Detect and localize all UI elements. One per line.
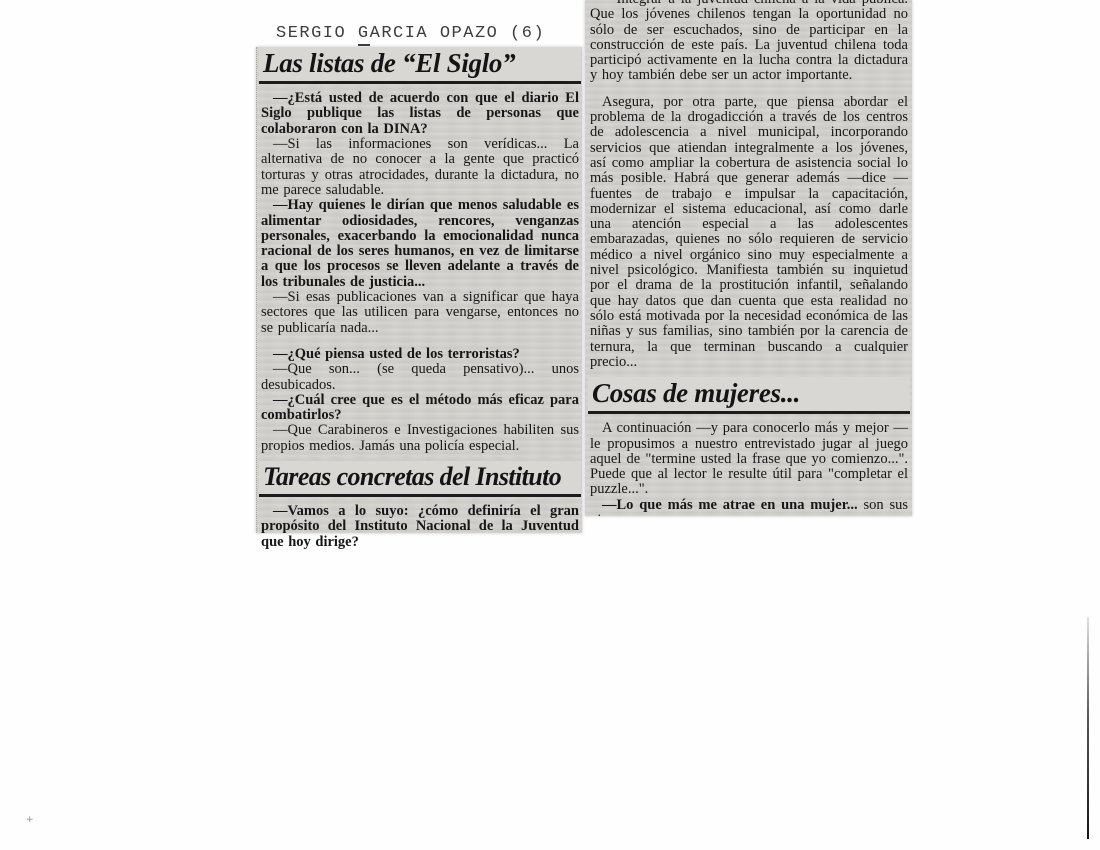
typed-label-part2: ARCIA OPAZO (6): [370, 24, 546, 43]
right-column-section1-paragraphs: —Integrar a la juventud chilena a la vid…: [590, 0, 908, 370]
article-paragraph: —Si esas publicaciones van a significar …: [261, 290, 579, 336]
headline-block-tareas-concretas: Tareas concretas del Instituto: [259, 461, 581, 497]
scan-artifact-vertical-line: [1087, 617, 1089, 839]
article-paragraph: —¿Qué piensa usted de los terroristas?: [261, 347, 579, 362]
scan-artifact-corner-mark: +: [26, 815, 34, 825]
headline-las-listas-de-el-siglo: Las listas de “El Siglo”: [263, 49, 579, 78]
typed-archive-label: SERGIO GARCIA OPAZO (6): [276, 24, 545, 43]
article-paragraph: A continuación —y para conocerlo más y m…: [590, 421, 908, 497]
left-column-section1-paragraphs: —¿Está usted de acuerdo con que el diari…: [261, 91, 579, 454]
article-paragraph: —Lo que más me atrae en una mujer... son…: [590, 498, 908, 516]
right-column-section2-paragraphs: A continuación —y para conocerlo más y m…: [590, 421, 908, 516]
scanned-newspaper-page: SERGIO GARCIA OPAZO (6) Las listas de “E…: [0, 0, 1100, 850]
typed-label-underlined-letter: G: [358, 24, 370, 46]
headline-tareas-concretas-del-instituto: Tareas concretas del Instituto: [263, 463, 579, 491]
paragraph-bold-lead: —Lo que más me atrae en una mujer...: [602, 497, 858, 513]
article-paragraph: —Hay quienes le dirían que menos saludab…: [261, 198, 579, 290]
headline-block-las-listas: Las listas de “El Siglo”: [259, 47, 581, 84]
article-paragraph: —Que Carabineros e Investigaciones habil…: [261, 423, 579, 454]
left-column-section2-paragraphs: —Vamos a lo suyo: ¿cómo definiría el gra…: [261, 504, 579, 550]
article-paragraph: Asegura, por otra parte, que piensa abor…: [590, 95, 908, 370]
typed-label-part1: SERGIO: [276, 24, 358, 43]
article-paragraph: —Integrar a la juventud chilena a la vid…: [590, 0, 908, 84]
clipping-left-column: Las listas de “El Siglo” —¿Está usted de…: [256, 47, 582, 533]
article-paragraph: —Si las informaciones son verídicas... L…: [261, 137, 579, 198]
article-paragraph: —Vamos a lo suyo: ¿cómo definiría el gra…: [261, 504, 579, 550]
article-paragraph: —¿Cuál cree que es el método más eficaz …: [261, 393, 579, 424]
clipping-right-column: —Integrar a la juventud chilena a la vid…: [585, 0, 912, 516]
headline-cosas-de-mujeres: Cosas de mujeres...: [592, 379, 908, 408]
article-paragraph: —¿Está usted de acuerdo con que el diari…: [261, 91, 579, 137]
article-paragraph: —Que son... (se queda pensativo)... unos…: [261, 362, 579, 393]
headline-block-cosas-de-mujeres: Cosas de mujeres...: [588, 377, 910, 414]
